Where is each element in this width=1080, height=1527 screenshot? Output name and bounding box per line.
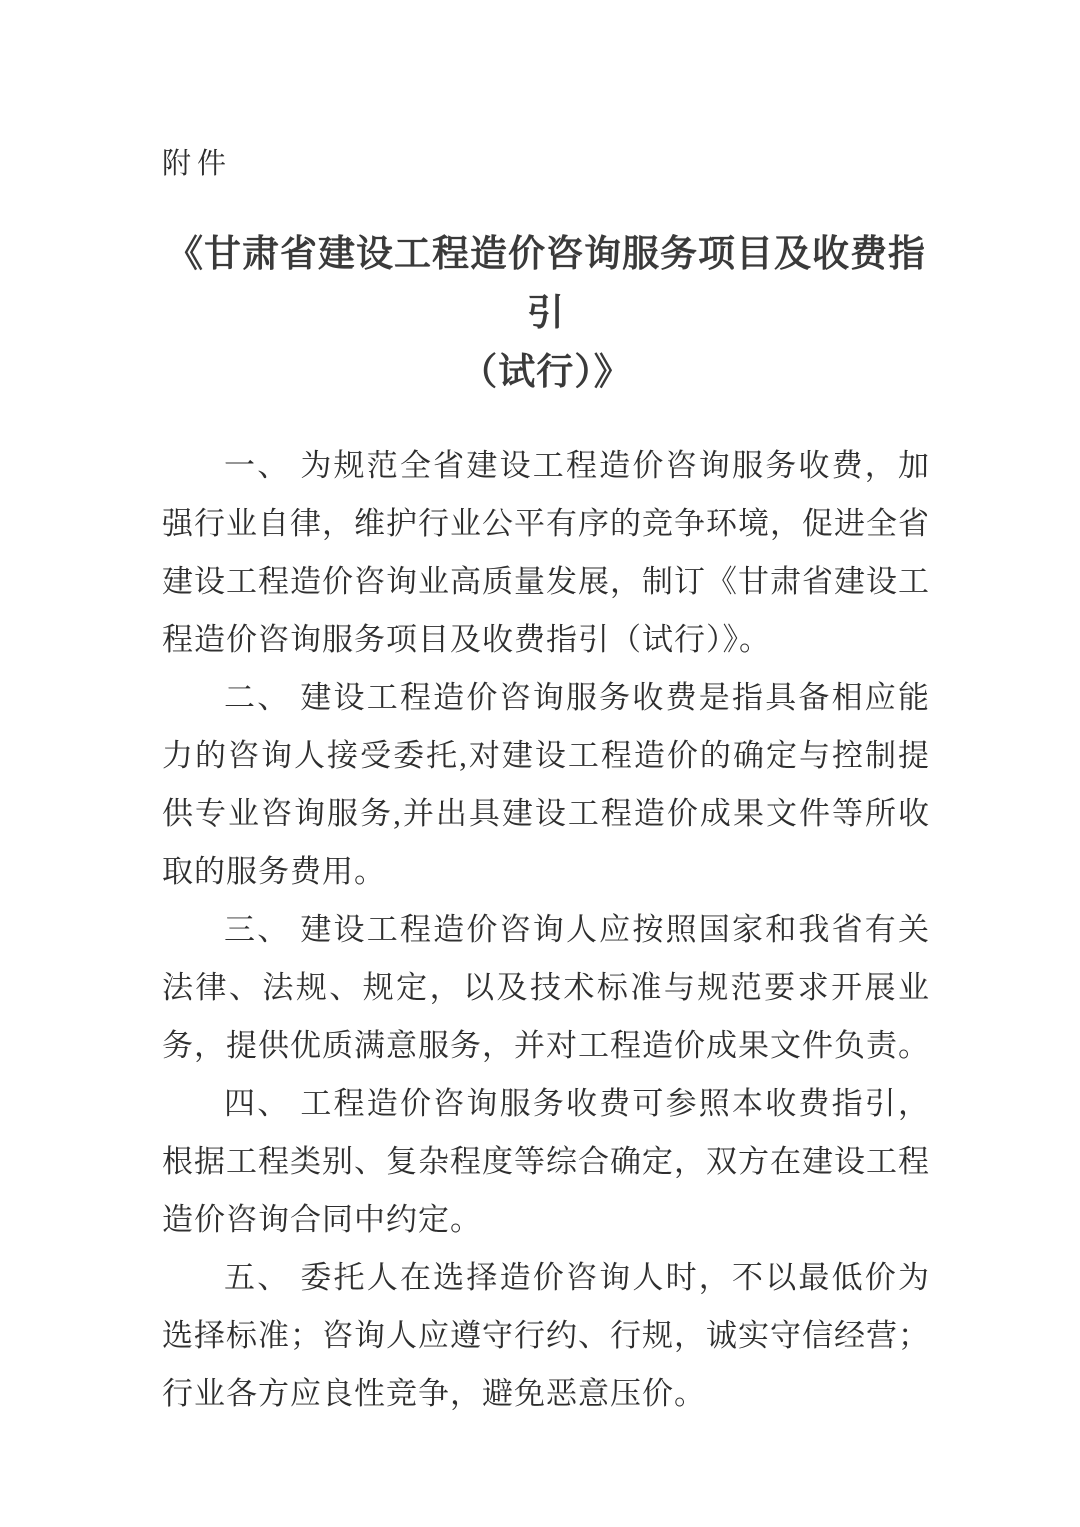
document-title-line-1: 《甘肃省建设工程造价咨询服务项目及收费指引 — [162, 224, 930, 342]
paragraph-5: 五、 委托人在选择造价咨询人时，不以最低价为选择标准；咨询人应遵守行约、行规，诚… — [162, 1249, 930, 1423]
document-title-line-2: （试行）》 — [162, 342, 930, 401]
attachment-label: 附件 — [162, 146, 930, 182]
document-body: 一、 为规范全省建设工程造价咨询服务收费，加强行业自律，维护行业公平有序的竞争环… — [162, 437, 930, 1423]
document-page: 附件 《甘肃省建设工程造价咨询服务项目及收费指引 （试行）》 一、 为规范全省建… — [0, 0, 1080, 1527]
document-content: 附件 《甘肃省建设工程造价咨询服务项目及收费指引 （试行）》 一、 为规范全省建… — [0, 0, 1080, 1423]
paragraph-2: 二、 建设工程造价咨询服务收费是指具备相应能力的咨询人接受委托,对建设工程造价的… — [162, 669, 930, 901]
paragraph-1: 一、 为规范全省建设工程造价咨询服务收费，加强行业自律，维护行业公平有序的竞争环… — [162, 437, 930, 669]
paragraph-3: 三、 建设工程造价咨询人应按照国家和我省有关法律、法规、规定，以及技术标准与规范… — [162, 901, 930, 1075]
document-title: 《甘肃省建设工程造价咨询服务项目及收费指引 （试行）》 — [162, 224, 930, 401]
paragraph-4: 四、 工程造价咨询服务收费可参照本收费指引，根据工程类别、复杂程度等综合确定，双… — [162, 1075, 930, 1249]
